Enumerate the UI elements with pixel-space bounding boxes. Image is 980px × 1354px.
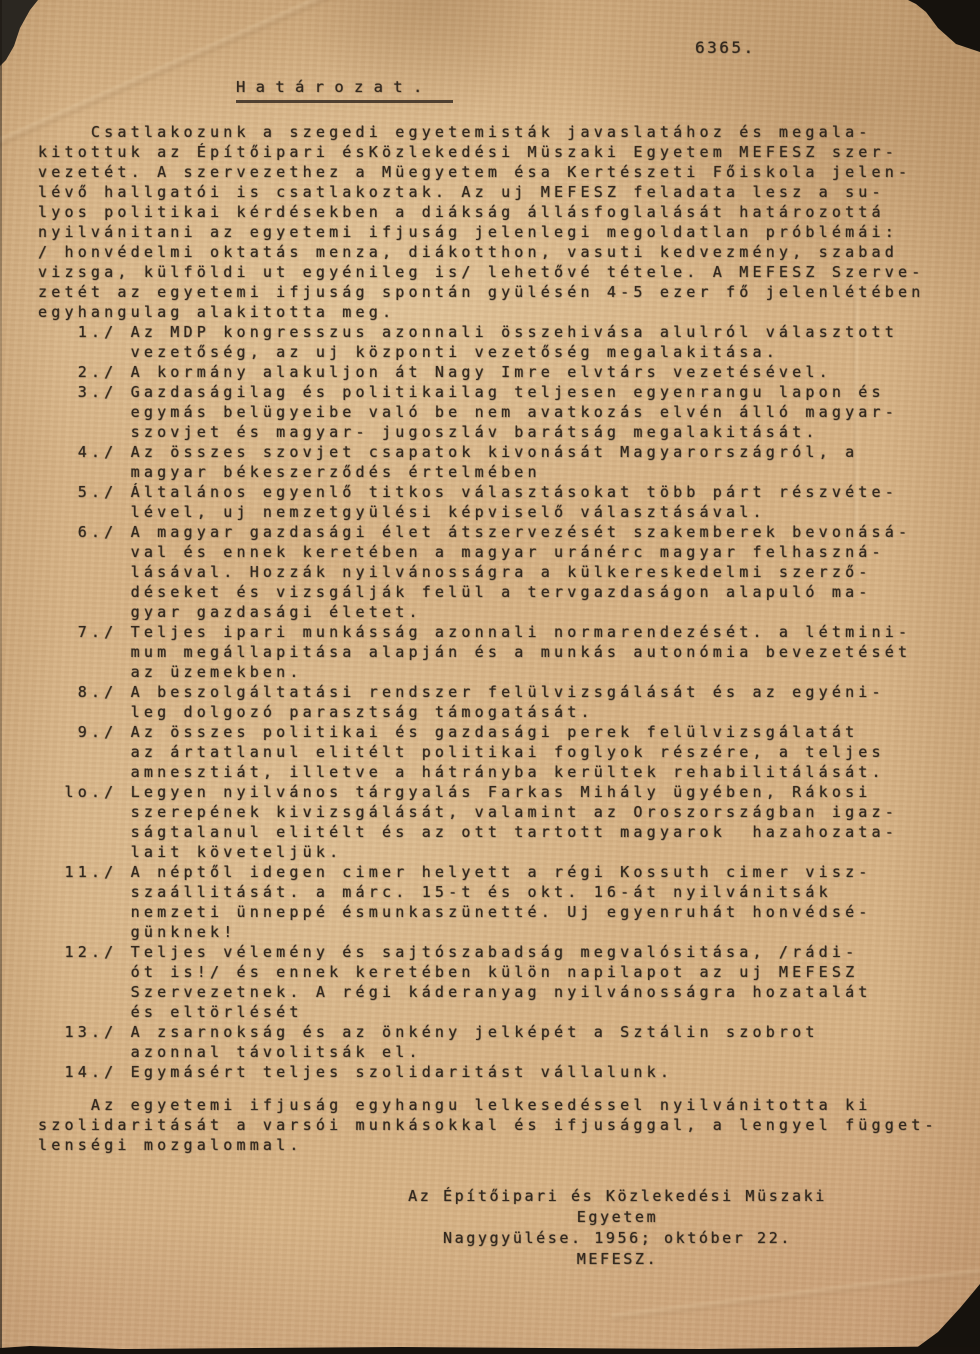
demands-text: 1./ Az MDP kongresszus azonnali összehiv… — [38, 322, 958, 1082]
document-title: H a t á r o z a t . — [236, 78, 453, 103]
document-body: Csatlakozunk a szegedi egyetemisták java… — [38, 122, 958, 1155]
scanned-document: 6365. H a t á r o z a t . Csatlakozunk a… — [0, 0, 980, 1354]
intro-paragraph: Csatlakozunk a szegedi egyetemisták java… — [38, 122, 958, 322]
closing-paragraph: Az egyetemi ifjuság egyhangu lelkesedéss… — [38, 1095, 958, 1155]
document-number: 6365. — [695, 38, 756, 57]
signature-block: Az Építőipari és Közlekedési Müszaki Egy… — [395, 1186, 840, 1270]
signature-text: Az Építőipari és Közlekedési Müszaki Egy… — [395, 1186, 840, 1270]
